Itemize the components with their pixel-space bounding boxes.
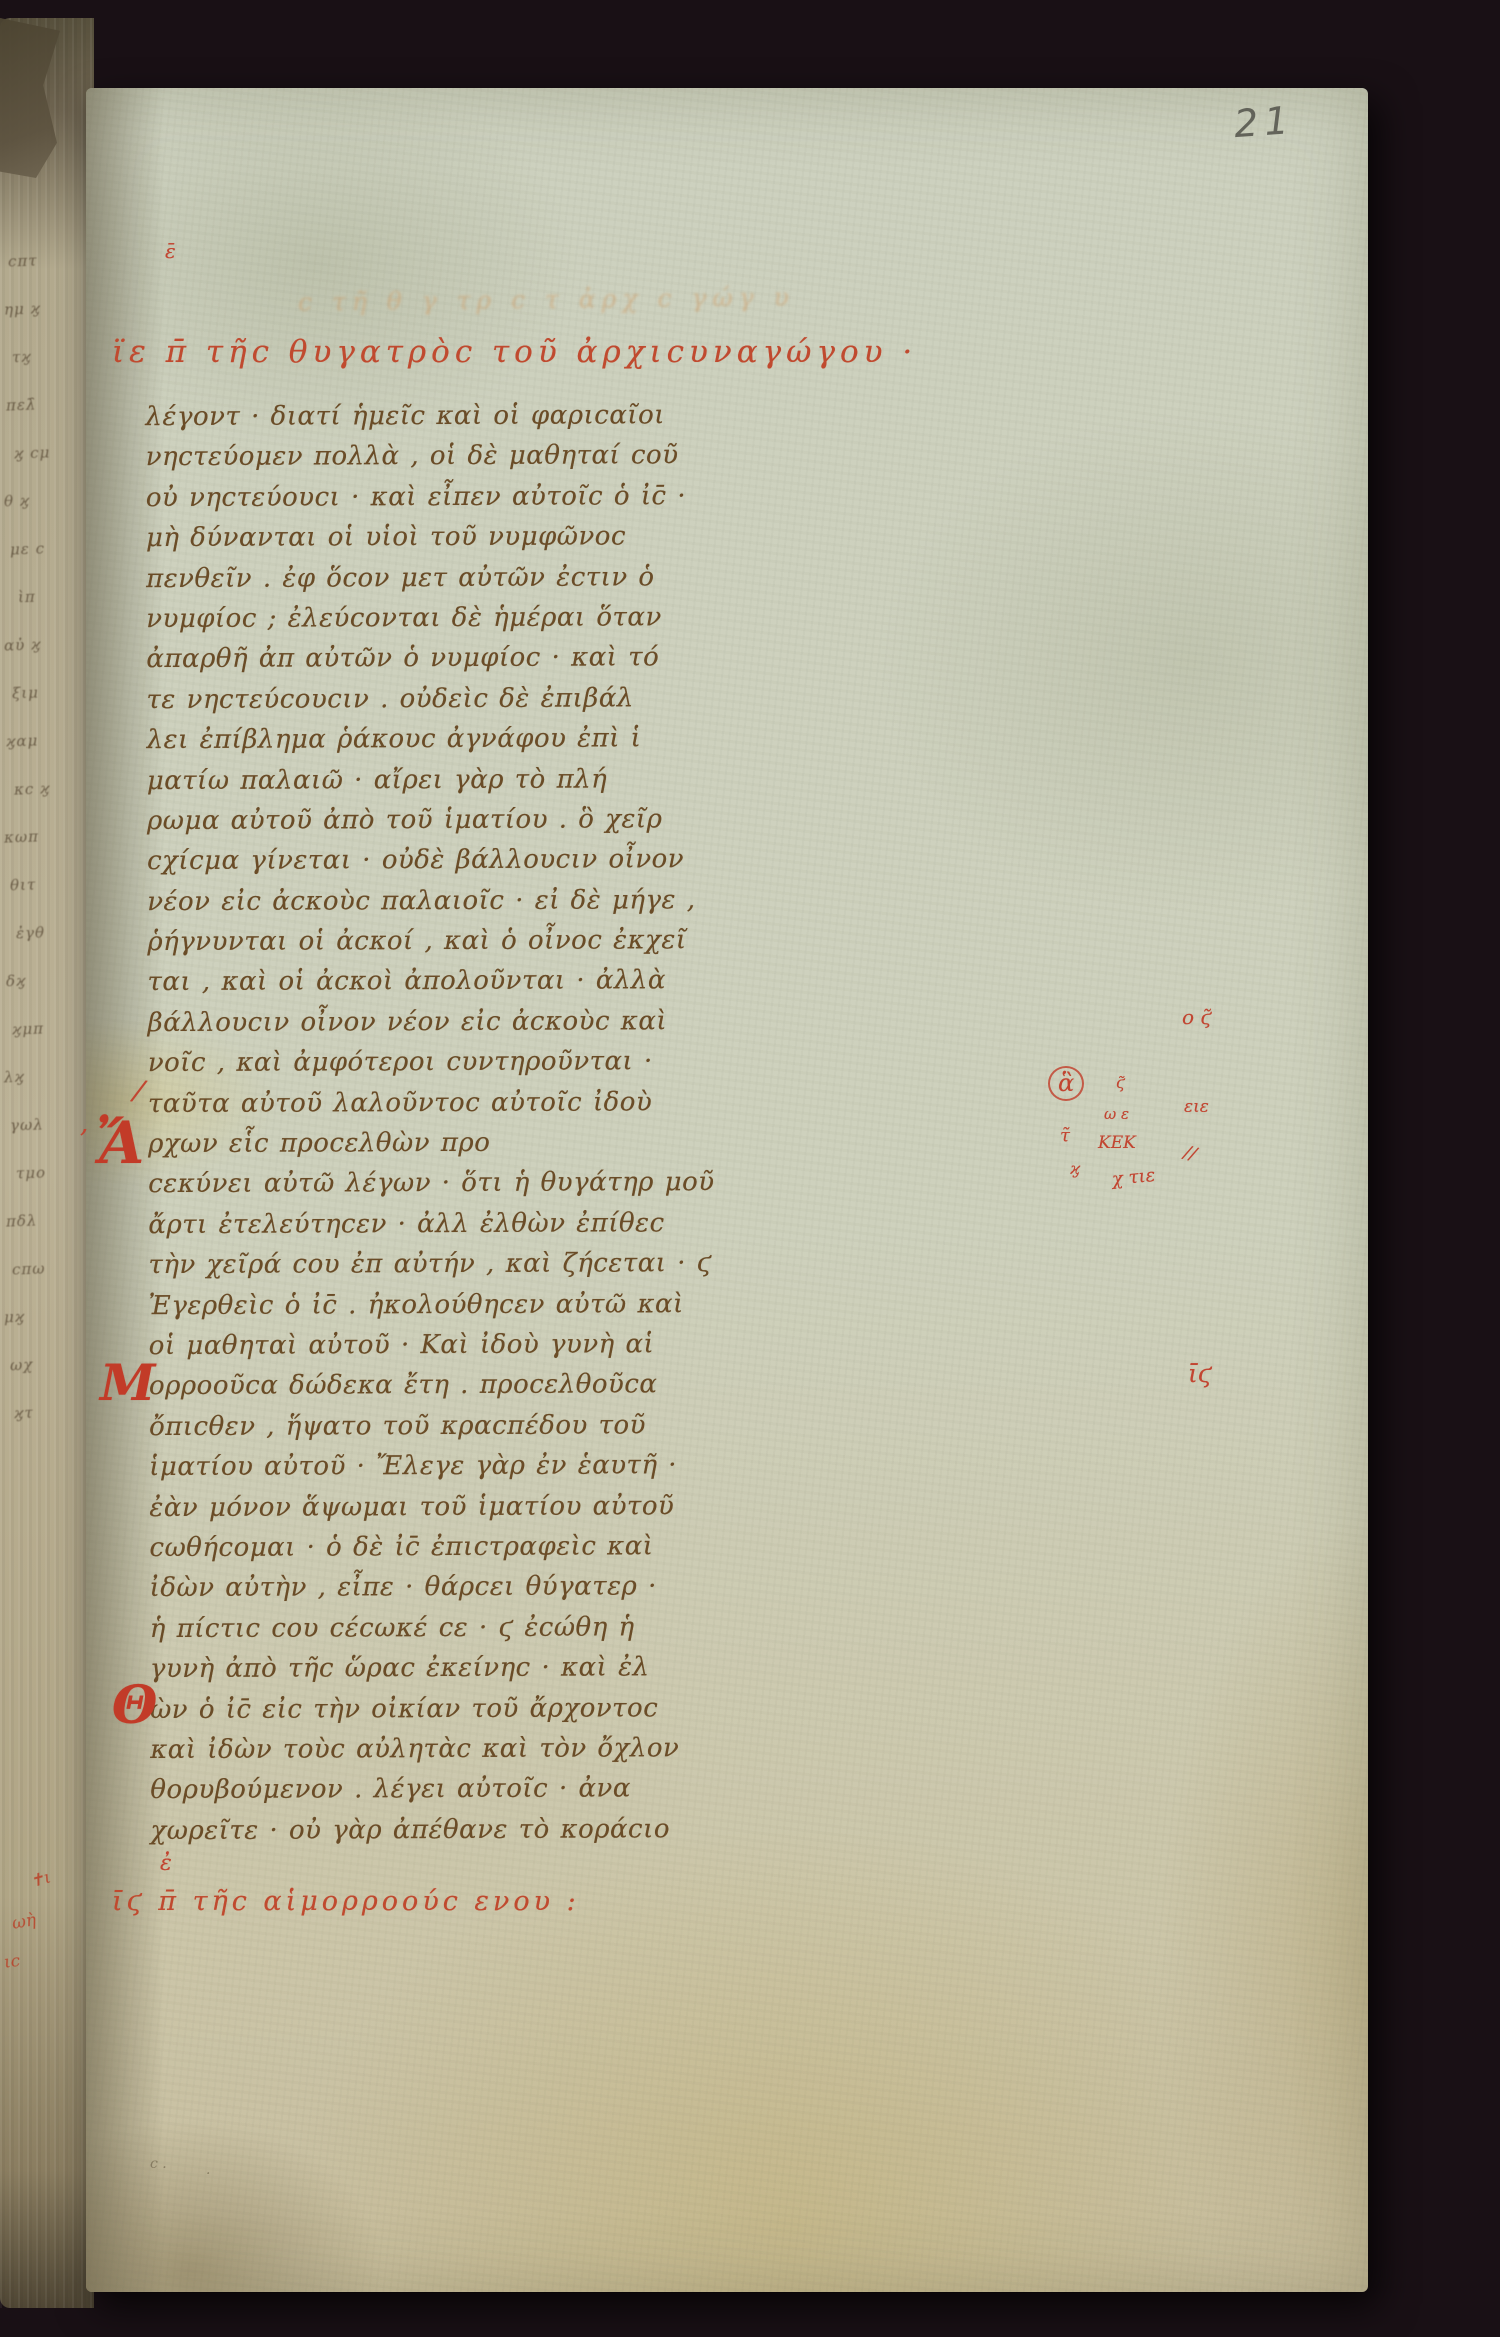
margin-note-red: ΚΕΚ (1098, 1134, 1136, 1153)
text-line: ὄπιϲθεν , ἥψατο τοῦ κραϲπέδου τοῦ (149, 1405, 759, 1448)
text-line: ἀπαρθῆ ἀπ αὐτῶν ὁ νυμφίοϲ · καὶ τό (146, 637, 756, 680)
underleaf-text-fragment: ϗαμ (6, 731, 39, 750)
stray-mark: · (206, 2166, 210, 2182)
gospel-text-block: λέγοντ · διατί ἡμεῖϲ καὶ οἱ φαριϲαῖοινηϲ… (145, 395, 760, 1851)
text-line: ρχων εἷϲ προϲελθὼν προ (148, 1122, 758, 1165)
text-line: ὼν ὁ ἰϲ̄ εἰϲ τὴν οἰκίαν τοῦ ἄρχοντοϲ (150, 1687, 760, 1730)
underleaf-text-fragment: ὶπ (18, 588, 36, 607)
text-line: θορυβούμενον . λέγει αὐτοῖϲ · ἀνα (150, 1768, 760, 1811)
underleaf-text-fragment: κωπ (4, 827, 40, 846)
underleaf-text-fragment: κϲ ϗ (14, 779, 51, 798)
margin-note-red: ειε (1184, 1098, 1209, 1117)
text-line: ϲχίϲμα γίνεται · οὐδὲ βάλλουϲιν οἶνον (147, 839, 757, 882)
text-line: ται , καὶ οἱ ἀϲκοὶ ἀπολοῦνται · ἀλλὰ (147, 960, 757, 1003)
text-line: ἄρτι ἐτελεύτηϲεν · ἀλλ ἐλθὼν ἐπίθεϲ (148, 1203, 758, 1246)
underleaf-text-fragment: γωλ (10, 1115, 44, 1134)
rubricated-initial: Ἄ (96, 1114, 144, 1172)
underleaf-text-fragment: δϗ (6, 972, 27, 991)
text-line: ορροοῦϲα δώδεκα ἔτη . προϲελθοῦϲα (149, 1364, 759, 1407)
text-line: μὴ δύνανται οἱ υἱοὶ τοῦ νυμφῶνοϲ (146, 516, 756, 559)
underleaf-text-fragment: με ϲ (10, 539, 46, 558)
underleaf-text-fragment: θιτ (10, 876, 37, 895)
text-line: ματίω παλαιῶ · αἴρει γὰρ τὸ πλή (147, 758, 757, 801)
underleaf-red-scribble: ωὴ (10, 1910, 37, 1934)
underleaf-text-fragment: θ ϗ (4, 492, 31, 511)
text-line: ϲωθήϲομαι · ὁ δὲ ἰϲ̄ ἐπιϲτραφεὶϲ καὶ (149, 1526, 759, 1569)
text-line: πενθεῖν . ἐφ ὅϲον μετ αὐτῶν ἐϲτιν ὁ (146, 557, 756, 600)
underleaf-text-fragment: λϗ (4, 1068, 25, 1087)
underleaf-text-fragment: πελ̑ (6, 395, 37, 414)
folio-number: 21 (1233, 98, 1296, 146)
text-line: νηϲτεύομεν πολλὰ , οἱ δὲ μαθηταί ϲοῦ (146, 435, 756, 478)
underleaf-text-fragment: ημ ϗ (4, 299, 41, 318)
underleaf-text-fragment: ϗτ (14, 1404, 34, 1423)
margin-note-red: ῑϛ (1188, 1360, 1212, 1388)
text-line: λέγοντ · διατί ἡμεῖϲ καὶ οἱ φαριϲαῖοι (145, 395, 755, 438)
margin-note-red: ε̄ (165, 240, 176, 262)
text-line: ἱματίου αὐτοῦ · Ἔλεγε γὰρ ἐν ἑαυτῆ · (149, 1445, 759, 1488)
text-line: ἐὰν μόνον ἅψωμαι τοῦ ἱματίου αὐτοῦ (149, 1485, 759, 1528)
margin-note-red: ϗ (1070, 1160, 1080, 1178)
underleaf-text-fragment: ϲπω (12, 1259, 46, 1278)
text-line: χωρεῖτε · οὐ γὰρ ἀπέθανε τὸ κοράϲιο (150, 1809, 760, 1852)
margin-note-red: ω ε (1104, 1106, 1129, 1123)
margin-note-red: ο ϛ̃ (1182, 1006, 1212, 1028)
text-line: ϲεκύνει αὐτῶ λέγων · ὅτι ἡ θυγάτηρ μοῦ (148, 1162, 758, 1205)
text-line: νυμφίοϲ ; ἐλεύϲονται δὲ ἡμέραι ὅταν (146, 597, 756, 640)
text-line: καὶ ἰδὼν τοὺϲ αὐλητὰϲ καὶ τὸν ὄχλον (150, 1728, 760, 1771)
manuscript-photo: ϲπτημ ϗτϗπελ̑ϗ ϲμθ ϗμε ϲὶπαὐ ϗξιμϗαμκϲ ϗ… (0, 0, 1500, 2337)
manuscript-page: 21 ϲ τῆ θ γ τρ ϲ τ ἀρχ ϲ γώγ υ ϊε π̄ τῆϲ… (86, 88, 1368, 2292)
underleaf-text-fragment: ϗ ϲμ (14, 443, 51, 462)
text-line: λει ἐπίβλημα ῥάκουϲ ἀγνάφου ἐπὶ ἱ (147, 718, 757, 761)
text-line: τε νηϲτεύϲουϲιν . οὐδεὶϲ δὲ ἐπιβάλ (146, 678, 756, 721)
stray-mark: ϲ . (150, 2156, 167, 2172)
text-line: ἰδὼν αὐτὴν , εἶπε · θάρϲει θύγατερ · (150, 1566, 760, 1609)
underleaf-text-fragment: ἐγθ (16, 923, 46, 942)
text-line: ἡ πίϲτιϲ ϲου ϲέϲωκέ ϲε · ϛ ἐϲώθη ἡ (150, 1607, 760, 1650)
text-line: ταῦτα αὐτοῦ λαλοῦντοϲ αὐτοῖϲ ἰδοὺ (148, 1082, 758, 1125)
next-chapter-rubric: ῑϛ π̄ τῆϲ αἱμορροούϲ ενου : (112, 1886, 580, 1917)
paragraph-mark: , (80, 1110, 88, 1139)
underleaf-text-fragment: μϗ (4, 1308, 26, 1327)
chapter-title-rubric: ϊε π̄ τῆϲ θυγατρὸϲ τοῦ ἀρχιϲυναγώγου · (112, 334, 917, 370)
underleaf-text-fragment: ϗμπ (12, 1019, 45, 1038)
margin-note-red: ἐ (160, 1852, 172, 1876)
text-line: οἱ μαθηταὶ αὐτοῦ · Καὶ ἰδοὺ γυνὴ αἱ (149, 1324, 759, 1367)
underleaf-text-fragment: ξιμ (12, 684, 40, 703)
rubricated-initial: Μ (100, 1358, 155, 1408)
text-line: ρωμα αὐτοῦ ἀπὸ τοῦ ἱματίου . ὃ χεῖρ (147, 799, 757, 842)
margin-note-red: ϛ̃ (1116, 1074, 1125, 1092)
text-line: τὴν χεῖρά ϲου ἐπ αὐτήν , καὶ ζήϲεται · ϛ (148, 1243, 758, 1286)
margin-note-red: τ̃ (1060, 1126, 1070, 1146)
margin-note-red: χ τιε (1111, 1166, 1156, 1190)
text-line: οὐ νηϲτεύουϲι · καὶ εἶπεν αὐτοῖϲ ὁ ἰϲ̄ · (146, 476, 756, 519)
underleaf-text-fragment: τϗ (12, 348, 32, 367)
underleaf-text-fragment: ϲπτ (8, 251, 38, 270)
text-line: νοῖϲ , καὶ ἀμφότεροι ϲυντηροῦνται · (148, 1041, 758, 1084)
text-line: νέον εἰϲ ἀϲκοὺϲ παλαιοῖϲ · εἰ δὲ μήγε , (147, 880, 757, 923)
rubricated-initial: Θ (112, 1680, 157, 1732)
text-line: γυνὴ ἀπὸ τῆϲ ὥραϲ ἐκείνηϲ · καὶ ἐλ (150, 1647, 760, 1690)
text-line: βάλλουϲιν οἶνον νέον εἰϲ ἀϲκοὺϲ καὶ (148, 1001, 758, 1044)
text-line: Ἐγερθεὶϲ ὁ ἰϲ̄ . ἠκολούθηϲεν αὐτῶ καὶ (149, 1284, 759, 1327)
underleaf-text-fragment: πδλ (6, 1211, 38, 1230)
underleaf-text-fragment: αὐ ϗ (4, 635, 42, 654)
underleaf-red-scribble: ιϲ (3, 1951, 22, 1973)
text-line: ῥήγνυνται οἱ ἀϲκοί , καὶ ὁ οἶνοϲ ἐκχεῖ (147, 920, 757, 963)
underleaf-text-fragment: τμο (16, 1163, 47, 1182)
underleaf-text-fragment: ωχ (10, 1356, 34, 1375)
